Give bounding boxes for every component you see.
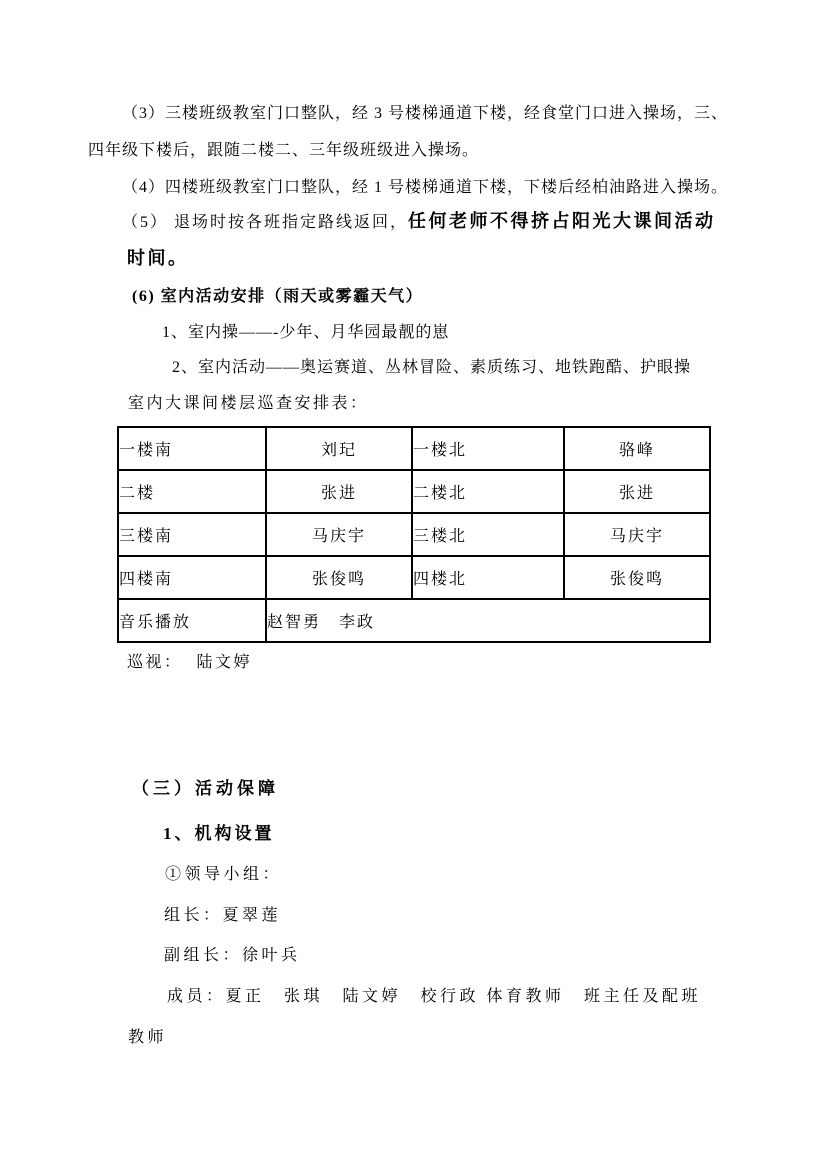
- document-page: （3）三楼班级教室门口整队，经 3 号楼梯通道下楼，经食堂门口进入操场，三、 四…: [0, 0, 827, 1170]
- table-cell-teacher: 张进: [564, 470, 710, 513]
- table-cell-floor: 一楼北: [412, 427, 564, 470]
- subsection-1-heading: 1、机构设置: [163, 823, 275, 845]
- patrol-table-caption: 室内大课间楼层巡查安排表：: [128, 394, 369, 415]
- patrol-note-label: 巡视：: [127, 654, 183, 671]
- org-group-line: ①领导小组：: [165, 865, 282, 886]
- paragraph-5-line-2: 时间。: [127, 247, 189, 270]
- patrol-note: 巡视：陆文婷: [127, 653, 252, 674]
- leader-line: 组长：夏翠莲: [164, 906, 281, 927]
- table-row: 一楼南 刘玘 一楼北 骆峰: [118, 427, 710, 470]
- section-3-heading: （三）活动保障: [132, 778, 279, 800]
- patrol-schedule-table: 一楼南 刘玘 一楼北 骆峰 二楼 张进 二楼北 张进 三楼南 马庆宇 三楼北 马…: [117, 426, 711, 643]
- table-cell-floor: 二楼: [118, 470, 266, 513]
- paragraph-3-line-2: 四年级下楼后，跟随二楼二、三年级班级进入操场。: [88, 141, 479, 162]
- patrol-note-value: 陆文婷: [197, 654, 253, 671]
- table-cell-teacher: 张俊鸣: [266, 556, 412, 599]
- table-cell-floor: 四楼南: [118, 556, 266, 599]
- table-row: 音乐播放 赵智勇 李政: [118, 599, 710, 642]
- paragraph-3-line-1: （3）三楼班级教室门口整队，经 3 号楼梯通道下楼，经食堂门口进入操场，三、: [122, 104, 728, 125]
- table-cell-floor: 一楼南: [118, 427, 266, 470]
- paragraph-5-regular: （5） 退场时按各班指定路线返回，: [122, 214, 408, 231]
- paragraph-5-bold: 任何老师不得挤占阳光大课间活动: [408, 211, 716, 231]
- table-cell-teacher: 张俊鸣: [564, 556, 710, 599]
- table-cell-floor: 二楼北: [412, 470, 564, 513]
- table-cell-teacher: 张进: [266, 470, 412, 513]
- table-cell-floor: 四楼北: [412, 556, 564, 599]
- table-cell-floor: 三楼北: [412, 513, 564, 556]
- paragraph-4: （4）四楼班级教室门口整队，经 1 号楼梯通道下楼，下楼后经柏油路进入操场。: [122, 178, 728, 199]
- table-cell-teacher: 骆峰: [564, 427, 710, 470]
- table-row: 四楼南 张俊鸣 四楼北 张俊鸣: [118, 556, 710, 599]
- table-row: 三楼南 马庆宇 三楼北 马庆宇: [118, 513, 710, 556]
- table-cell-teacher: 马庆宇: [266, 513, 412, 556]
- indoor-item-2: 2、室内活动——奥运赛道、丛林冒险、素质练习、地铁跑酷、护眼操: [172, 358, 691, 379]
- heading-indoor-arrangement: (6) 室内活动安排（雨天或雾霾天气）: [132, 287, 423, 308]
- paragraph-5-line-1: （5） 退场时按各班指定路线返回，任何老师不得挤占阳光大课间活动: [122, 210, 716, 234]
- indoor-item-1: 1、室内操——-少年、月华园最靓的崽: [162, 323, 449, 344]
- table-cell-floor: 三楼南: [118, 513, 266, 556]
- table-cell-teacher: 刘玘: [266, 427, 412, 470]
- members-line-2: 教师: [128, 1028, 167, 1049]
- table-row: 二楼 张进 二楼北 张进: [118, 470, 710, 513]
- table-cell-music-teachers: 赵智勇 李政: [266, 599, 710, 642]
- table-cell-teacher: 马庆宇: [564, 513, 710, 556]
- table-cell-music-label: 音乐播放: [118, 599, 266, 642]
- deputy-leader-line: 副组长：徐叶兵: [164, 946, 301, 967]
- members-line-1: 成员：夏正 张琪 陆文婷 校行政 体育教师 班主任及配班: [167, 987, 701, 1008]
